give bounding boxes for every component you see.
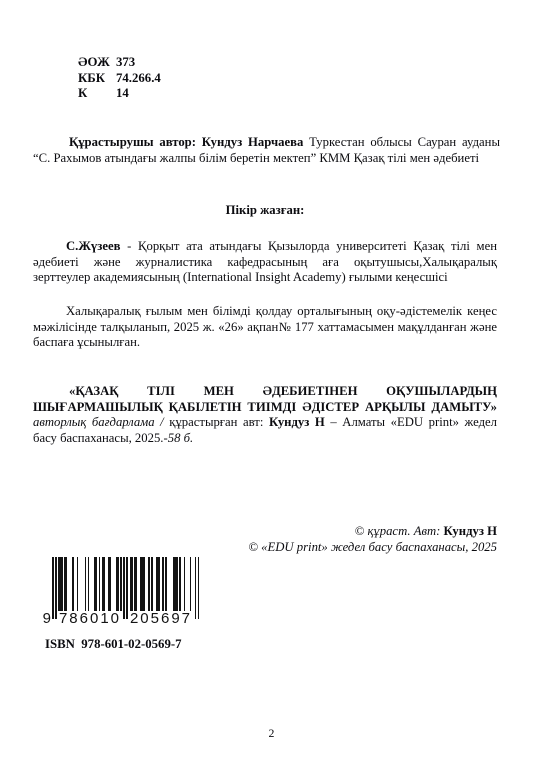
document-page: ӘОЖ 373 КБК 74.266.4 К 14 Құрастырушы ав…	[0, 0, 543, 778]
bbk-value: 74.266.4	[116, 71, 161, 87]
compiler-paragraph: Құрастырушы автор: Кундуз Нарчаева Турке…	[33, 135, 500, 166]
udc-label: ӘОЖ	[78, 55, 116, 71]
classification-row: К 14	[78, 86, 161, 102]
reviewer-paragraph: С.Жүзеев - Қорқыт ата атындағы Қызылорда…	[33, 239, 497, 286]
author-sign-value: 14	[116, 86, 161, 102]
publication-type: авторлық бағдарлама /	[33, 415, 169, 429]
copyright-block: © құраст. Авт: Кундуз Н © «EDU print» же…	[33, 524, 497, 555]
copyright-author-name: Кундуз Н	[444, 524, 497, 538]
barcode-digits-left: 786010	[57, 610, 123, 627]
page-number: 2	[0, 726, 543, 741]
classification-row: КБК 74.266.4	[78, 71, 161, 87]
compiler-label: Құрастырушы автор: Кундуз Нарчаева	[69, 135, 303, 149]
approval-paragraph: Халықаралық ғылым мен білімді қолдау орт…	[33, 304, 497, 351]
bbk-label: КБК	[78, 71, 116, 87]
isbn-line: ISBN 978-601-02-0569-7	[45, 637, 182, 652]
compiled-by-label: құрастырған авт:	[169, 415, 269, 429]
classification-block: ӘОЖ 373 КБК 74.266.4 К 14	[78, 55, 161, 102]
barcode-digit-first: 9	[39, 610, 51, 627]
copyright-line-author: © құраст. Авт: Кундуз Н	[33, 524, 497, 540]
reviewer-name: С.Жүзеев	[66, 239, 120, 253]
barcode-digits-right: 205697	[128, 610, 194, 627]
copyright-line-publisher: © «EDU print» жедел басу баспаханасы, 20…	[33, 540, 497, 556]
author-sign-label: К	[78, 86, 116, 102]
imprint-author: Кундуз Н	[269, 415, 325, 429]
reviewer-heading: Пікір жазған:	[33, 203, 497, 218]
classification-row: ӘОЖ 373	[78, 55, 161, 71]
copyright-compiler-label: © құраст. Авт:	[355, 524, 444, 538]
book-title: «ҚАЗАҚ ТІЛІ МЕН ӘДЕБИЕТІНЕН ОҚУШЫЛАРДЫҢ …	[33, 384, 497, 414]
imprint-paragraph: «ҚАЗАҚ ТІЛІ МЕН ӘДЕБИЕТІНЕН ОҚУШЫЛАРДЫҢ …	[33, 384, 497, 446]
page-count: 58 б.	[168, 431, 193, 445]
ean13-barcode: 9 786010 205697	[52, 557, 200, 631]
udc-value: 373	[116, 55, 161, 71]
